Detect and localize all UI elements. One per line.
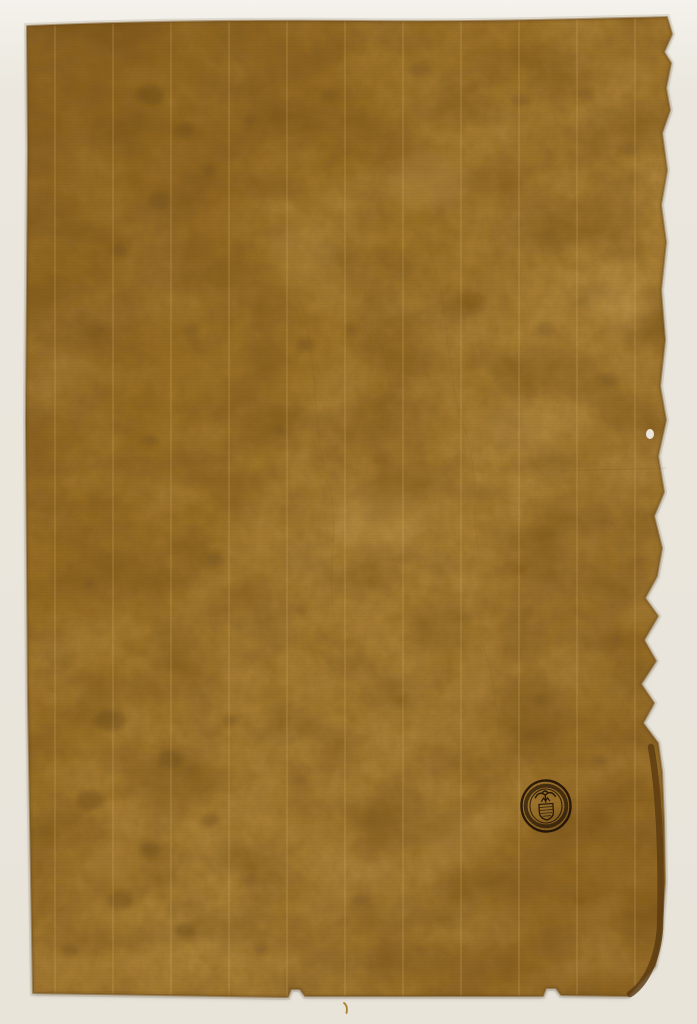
chain-lines xyxy=(26,17,672,997)
scan-canvas xyxy=(0,0,697,1024)
paper-sheet xyxy=(26,17,672,997)
artwork-scan xyxy=(0,0,697,1024)
worm-hole xyxy=(646,429,654,439)
